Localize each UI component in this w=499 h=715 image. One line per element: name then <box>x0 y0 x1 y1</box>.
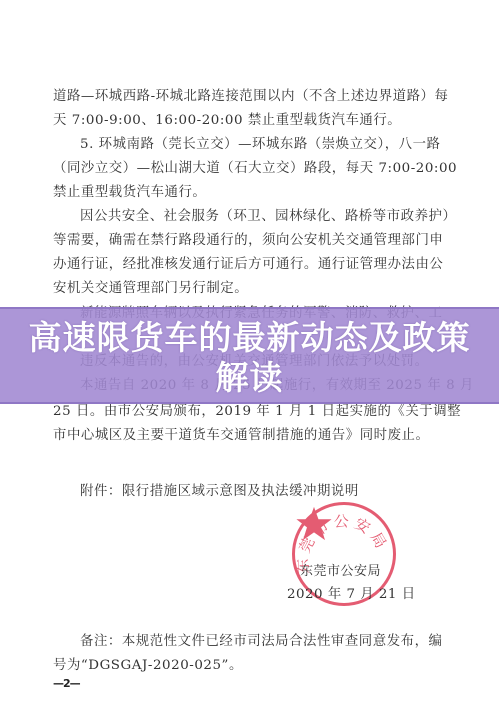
doc-line: 5. 环城南路（莞长立交）—环城东路（崇焕立交），八一路 <box>80 136 448 154</box>
attachment-line: 附件：限行措施区域示意图及执法缓冲期说明 <box>80 483 448 501</box>
doc-line: 道路—环城西路-环城北路连接范围以内（不含上述边界道路）每 <box>53 88 448 106</box>
doc-line: （同沙立交）—松山湖大道（石大立交）路段，每天 7:00-20:00 <box>53 160 448 178</box>
star-icon <box>295 505 333 543</box>
doc-line: 25 日。由市公安局颁布，2019 年 1 月 1 日起实施的《关于调整 <box>53 403 448 421</box>
overlay-title-line2: 解读 <box>0 358 499 398</box>
doc-line: 因公共安全、社会服务（环卫、园林绿化、路桥等市政养护） <box>80 208 448 226</box>
doc-line: 等需要，确需在禁行路段通行的，须向公安机关交通管理部门申 <box>53 232 448 250</box>
page-number: —2— <box>53 677 80 690</box>
issuer-name: 东莞市公安局 <box>300 560 381 579</box>
overlay-title-line1: 高速限货车的最新动态及政策 <box>0 318 499 358</box>
remark-line: 备注：本规范性文件已经市司法局合法性审查同意发布，编 <box>80 633 448 651</box>
doc-line: 禁止重型载货汽车通行。 <box>53 184 448 202</box>
doc-line: 天 7:00-9:00、16:00-20:00 禁止重型载货汽车通行。 <box>53 112 448 130</box>
issue-date: 2020 年 7 月 21 日 <box>287 583 416 602</box>
overlay-title: 高速限货车的最新动态及政策 解读 <box>0 318 499 398</box>
doc-line: 办通行证，经批准核发通行证后方可通行。通行证管理办法由公 <box>53 256 448 274</box>
doc-line: 市中心城区及主要干道货车交通管制措施的通告》同时废止。 <box>53 427 448 445</box>
remark-line: 号为“DGSGAJ-2020-025”。 <box>53 657 448 675</box>
doc-line: 安机关交通管理部门另行制定。 <box>53 280 448 298</box>
